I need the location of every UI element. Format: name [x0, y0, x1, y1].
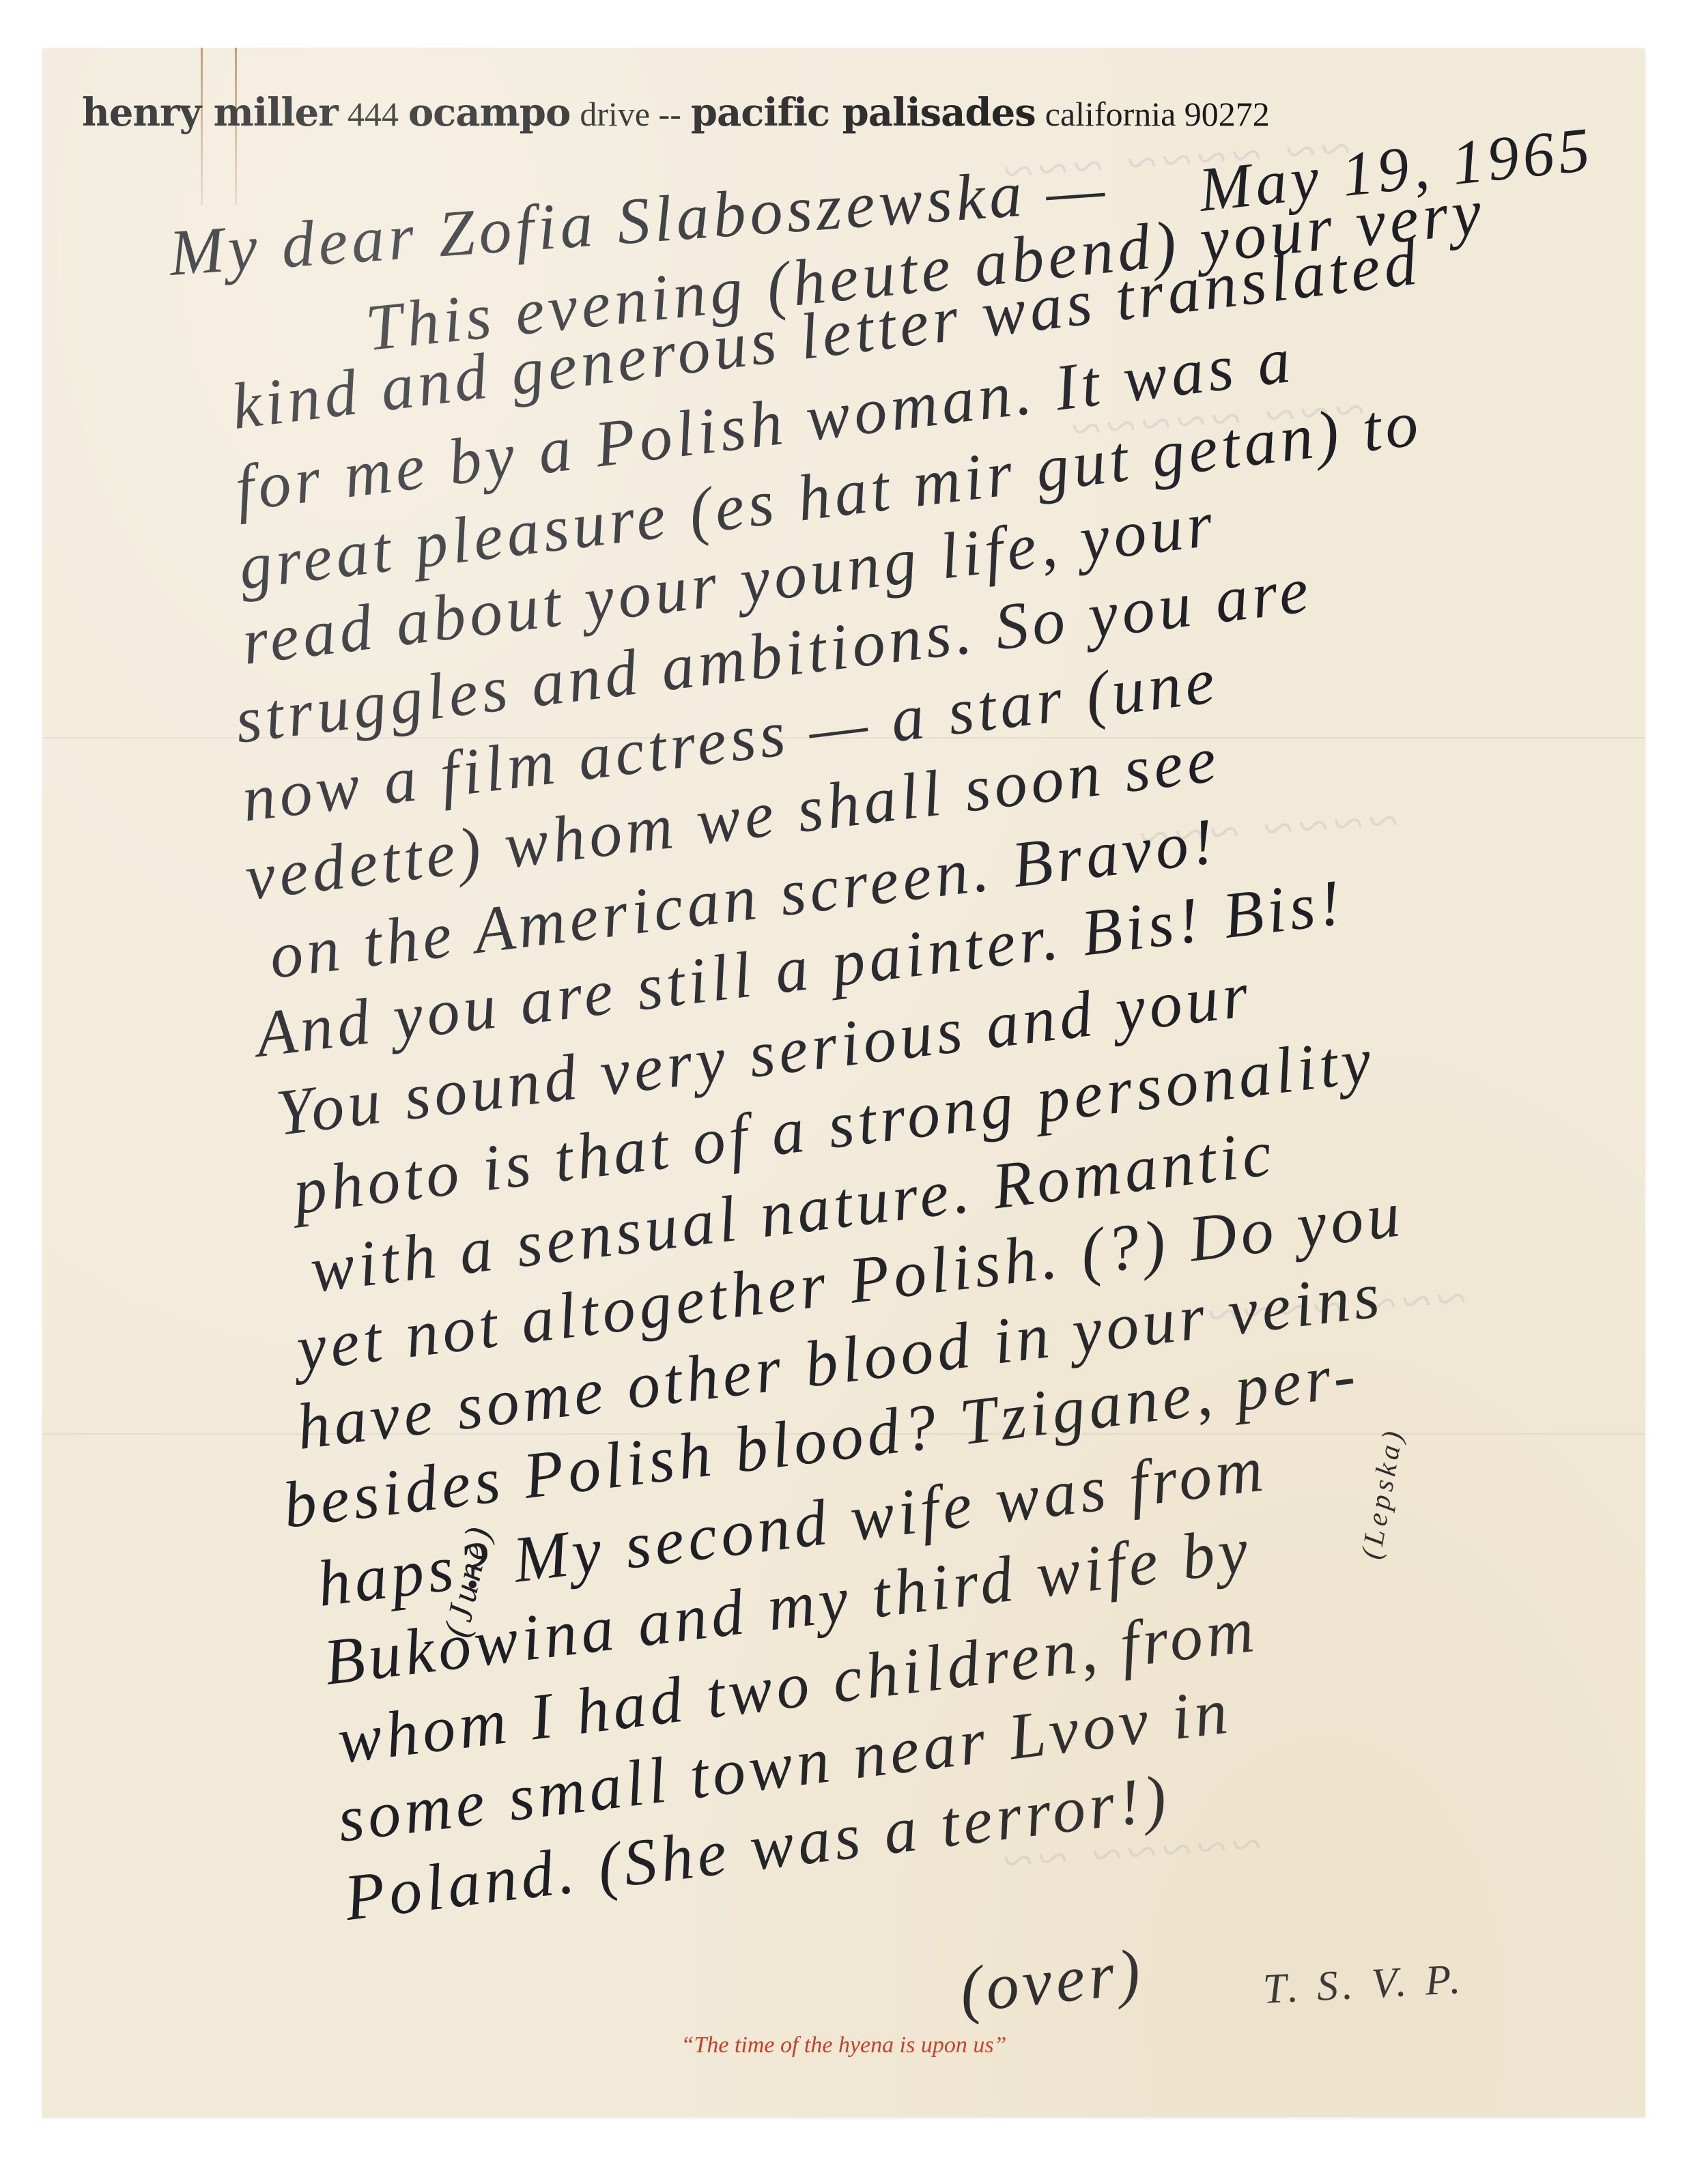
annotation-lepska: (Lepska): [1355, 1425, 1410, 1562]
letter-page: ~~ ~~~~ ~~~ ~~~ ~~~~~ ~~~~ ~~~ ~~~ ~~~~ …: [42, 48, 1645, 2117]
letterhead: henry miller444ocampodrive --pacific pal…: [82, 90, 1270, 135]
over-note: (over): [956, 1933, 1148, 2028]
letterhead-city: pacific palisades: [691, 90, 1036, 135]
letterhead-street-type: drive --: [580, 95, 681, 133]
tsvp-note: T. S. V. P.: [1262, 1955, 1465, 2014]
letterhead-state-zip: california 90272: [1045, 95, 1270, 133]
letterhead-number: 444: [347, 95, 399, 133]
letterhead-name: henry miller: [82, 90, 338, 135]
letterhead-street: ocampo: [408, 90, 571, 135]
footer-quote: “The time of the hyena is upon us”: [42, 2032, 1645, 2058]
